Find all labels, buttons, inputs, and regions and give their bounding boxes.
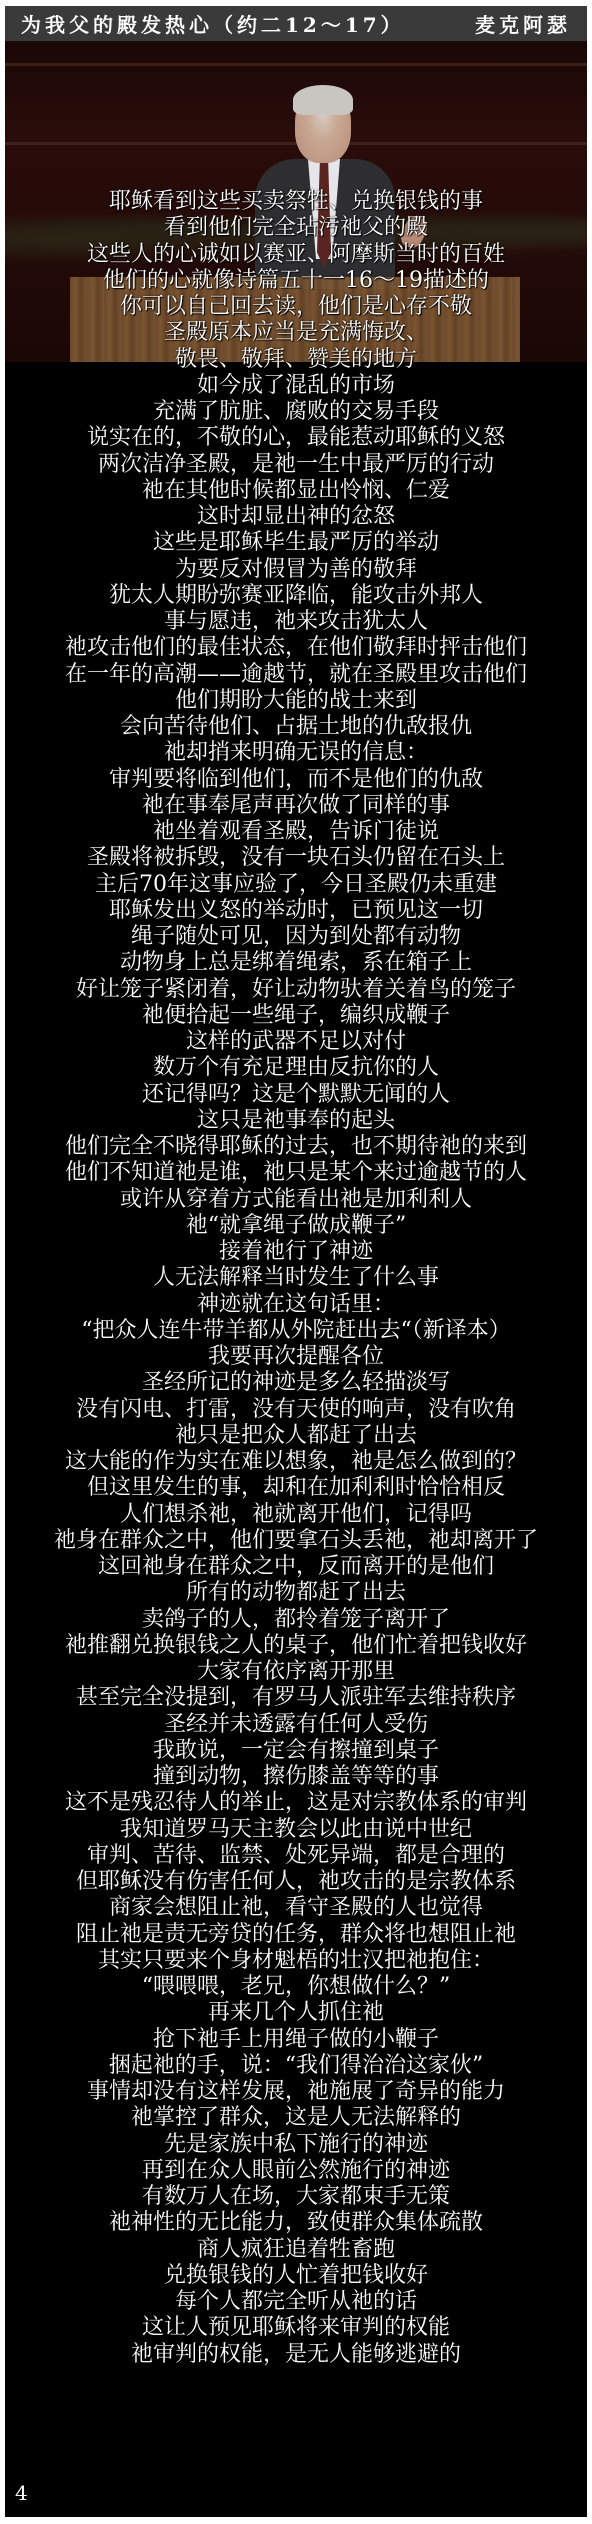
- subtitle-line: 在一年的高潮——逾越节，就在圣殿里攻击他们: [5, 662, 587, 688]
- subtitle-line: 犹太人期盼弥赛亚降临，能攻击外邦人: [5, 583, 587, 609]
- subtitle-line: 再到在众人眼前公然施行的神迹: [5, 2158, 587, 2184]
- subtitle-line: 祂坐着观看圣殿，告诉门徒说: [5, 819, 587, 845]
- subtitle-line: 耶稣发出义怒的举动时，已预见这一切: [5, 898, 587, 924]
- subtitle-line: 但这里发生的事，却和在加利利时恰恰相反: [5, 1475, 587, 1501]
- subtitle-line: 他们的心就像诗篇五十一16～19描述的: [5, 268, 587, 294]
- subtitle-line: 祂在其他时候都显出怜悯、仁爱: [5, 478, 587, 504]
- subtitle-line: 审判要将临到他们，而不是他们的仇敌: [5, 767, 587, 793]
- subtitle-line: 商家会想阻止祂，看守圣殿的人也觉得: [5, 1895, 587, 1921]
- subtitle-line: 抢下祂手上用绳子做的小鞭子: [5, 2027, 587, 2053]
- subtitle-line: 敬畏、敬拜、赞美的地方: [5, 347, 587, 373]
- subtitle-line: 这回祂身在群众之中，反而离开的是他们: [5, 1554, 587, 1580]
- subtitle-line: 圣殿原本应当是充满悔改、: [5, 320, 587, 346]
- subtitle-line: 绳子随处可见，因为到处都有动物: [5, 924, 587, 950]
- subtitle-line: 这些是耶稣毕生最严厉的举动: [5, 530, 587, 556]
- subtitle-line: 接着祂行了神迹: [5, 1239, 587, 1265]
- subtitle-line: 阻止祂是责无旁贷的任务，群众将也想阻止祂: [5, 1922, 587, 1948]
- subtitle-line: 祂却捎来明确无误的信息：: [5, 740, 587, 766]
- subtitle-line: 人们想杀祂，祂就离开他们，记得吗: [5, 1502, 587, 1528]
- subtitle-line: 耶稣看到这些买卖祭牲、兑换银钱的事: [5, 189, 587, 215]
- subtitle-line: 他们不知道祂是谁，祂只是某个来过逾越节的人: [5, 1160, 587, 1186]
- subtitle-line: 主后70年这事应验了，今日圣殿仍未重建: [5, 872, 587, 898]
- subtitle-line: 两次洁净圣殿，是祂一生中最严厉的行动: [5, 452, 587, 478]
- subtitle-line: 祂攻击他们的最佳状态，在他们敬拜时抨击他们: [5, 635, 587, 661]
- subtitle-line: 我要再次提醒各位: [5, 1344, 587, 1370]
- subtitle-line: 他们完全不晓得耶稣的过去，也不期待祂的来到: [5, 1134, 587, 1160]
- subtitle-line: 祂在事奉尾声再次做了同样的事: [5, 793, 587, 819]
- subtitle-line: 圣经并未透露有任何人受伤: [5, 1712, 587, 1738]
- subtitle-line: 再来几个人抓住祂: [5, 2000, 587, 2026]
- subtitle-line: 兑换银钱的人忙着把钱收好: [5, 2263, 587, 2289]
- subtitle-line: 圣经所记的神迹是多么轻描淡写: [5, 1370, 587, 1396]
- subtitle-line: 撞到动物，擦伤膝盖等等的事: [5, 1764, 587, 1790]
- slide-frame: 为我父的殿发热心（约二12～17） 麦克阿瑟 耶稣看到这些买卖祭牲、兑换银钱的事…: [5, 6, 587, 2517]
- subtitle-line: 祂神性的无比能力，致使群众集体疏散: [5, 2210, 587, 2236]
- subtitle-line: 捆起祂的手，说：“我们得治治这家伙”: [5, 2053, 587, 2079]
- subtitle-line: 卖鸽子的人，都拎着笼子离开了: [5, 1607, 587, 1633]
- subtitle-line: 祂推翻兑换银钱之人的桌子，他们忙着把钱收好: [5, 1633, 587, 1659]
- subtitle-line: 数万个有充足理由反抗你的人: [5, 1055, 587, 1081]
- subtitle-line: 先是家族中私下施行的神迹: [5, 2132, 587, 2158]
- sermon-title: 为我父的殿发热心（约二12～17）: [21, 9, 405, 38]
- subtitle-line: 我知道罗马天主教会以此由说中世纪: [5, 1817, 587, 1843]
- subtitle-line: 这让人预见耶稣将来审判的权能: [5, 2315, 587, 2341]
- wall-stripe: [5, 63, 587, 66]
- subtitle-line: 祂掌控了群众，这是人无法解释的: [5, 2105, 587, 2131]
- subtitle-line: 没有闪电、打雷，没有天使的响声，没有吹角: [5, 1397, 587, 1423]
- subtitle-line: 这时却显出神的忿怒: [5, 504, 587, 530]
- subtitle-line: 我敢说，一定会有擦撞到桌子: [5, 1738, 587, 1764]
- subtitle-line: 商人疯狂追着牲畜跑: [5, 2237, 587, 2263]
- subtitle-line: 事情却没有这样发展，祂施展了奇异的能力: [5, 2079, 587, 2105]
- subtitle-line: 祂只是把众人都赶了出去: [5, 1423, 587, 1449]
- subtitle-line: 祂身在群众之中，他们要拿石头丢祂，祂却离开了: [5, 1528, 587, 1554]
- subtitle-line: 这样的武器不足以对付: [5, 1029, 587, 1055]
- subtitle-line: 祂便拾起一些绳子，编织成鞭子: [5, 1003, 587, 1029]
- subtitle-line: 这大能的作为实在难以想象，祂是怎么做到的？: [5, 1449, 587, 1475]
- subtitle-line: 但耶稣没有伤害任何人，祂攻击的是宗教体系: [5, 1869, 587, 1895]
- subtitle-line: 充满了肮脏、腐败的交易手段: [5, 399, 587, 425]
- page-number: 4: [15, 2481, 28, 2505]
- subtitle-line: 甚至完全没提到，有罗马人派驻军去维持秩序: [5, 1685, 587, 1711]
- subtitle-line: 你可以自己回去读，他们是心存不敬: [5, 294, 587, 320]
- subtitle-line: 会向苦待他们、占据土地的仇敌报仇: [5, 714, 587, 740]
- subtitle-line: 他们期盼大能的战士来到: [5, 688, 587, 714]
- subtitle-line: 祂审判的权能，是无人能够逃避的: [5, 2342, 587, 2368]
- subtitle-line: 所有的动物都赶了出去: [5, 1580, 587, 1606]
- subtitle-line: 大家有依序离开那里: [5, 1659, 587, 1685]
- subtitle-line: 祂“就拿绳子做成鞭子”: [5, 1213, 587, 1239]
- subtitle-line: 其实只要来个身材魁梧的壮汉把祂抱住：: [5, 1948, 587, 1974]
- subtitle-line: 每个人都完全听从祂的话: [5, 2289, 587, 2315]
- title-bar: 为我父的殿发热心（约二12～17） 麦克阿瑟: [5, 6, 587, 41]
- subtitle-line: 神迹就在这句话里：: [5, 1292, 587, 1318]
- subtitle-line: 这不是残忍待人的举止，这是对宗教体系的审判: [5, 1790, 587, 1816]
- subtitle-transcript: 耶稣看到这些买卖祭牲、兑换银钱的事看到他们完全玷污祂父的殿这些人的心诚如以赛亚、…: [5, 189, 587, 2368]
- subtitle-line: 还记得吗？这是个默默无闻的人: [5, 1082, 587, 1108]
- subtitle-line: 说实在的，不敬的心，最能惹动耶稣的义怒: [5, 425, 587, 451]
- subtitle-line: 或许从穿着方式能看出祂是加利利人: [5, 1187, 587, 1213]
- subtitle-line: 这些人的心诚如以赛亚、阿摩斯当时的百姓: [5, 242, 587, 268]
- subtitle-line: 审判、苦待、监禁、处死异端，都是合理的: [5, 1843, 587, 1869]
- subtitle-line: “把众人连牛带羊都从外院赶出去“（新译本）: [5, 1318, 587, 1344]
- speaker-name: 麦克阿瑟: [475, 9, 571, 38]
- subtitle-line: 动物身上总是绑着绳索，系在箱子上: [5, 950, 587, 976]
- subtitle-line: 人无法解释当时发生了什么事: [5, 1265, 587, 1291]
- subtitle-line: 好让笼子紧闭着，好让动物驮着关着鸟的笼子: [5, 977, 587, 1003]
- subtitle-line: “喂喂喂，老兄，你想做什么？”: [5, 1974, 587, 2000]
- subtitle-line: 事与愿违，祂来攻击犹太人: [5, 609, 587, 635]
- subtitle-line: 看到他们完全玷污祂父的殿: [5, 215, 587, 241]
- subtitle-line: 为要反对假冒为善的敬拜: [5, 557, 587, 583]
- subtitle-line: 圣殿将被拆毁，没有一块石头仍留在石头上: [5, 845, 587, 871]
- subtitle-line: 如今成了混乱的市场: [5, 373, 587, 399]
- speaker-hair: [293, 85, 353, 115]
- subtitle-line: 有数万人在场，大家都束手无策: [5, 2184, 587, 2210]
- subtitle-line: 这只是祂事奉的起头: [5, 1108, 587, 1134]
